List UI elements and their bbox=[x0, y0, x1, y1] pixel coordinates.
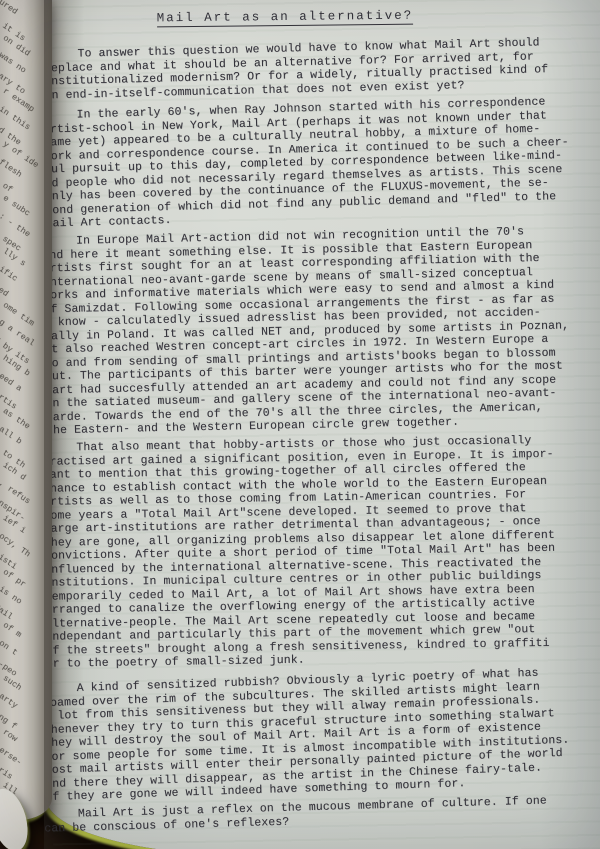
facing-page-text-fragment: on t bbox=[0, 639, 19, 658]
page-content: Mail Art as an alternative? To answer th… bbox=[44, 10, 596, 833]
facing-page-text-fragment: of m bbox=[1, 621, 23, 640]
scanned-page-photo: Mail Art as an alternative? To answer th… bbox=[0, 0, 600, 849]
facing-page-text-fragment: flesh bbox=[0, 158, 23, 180]
facing-page-text-fragment: such bbox=[1, 674, 23, 693]
facing-page-text-fragment: t of bbox=[0, 176, 14, 195]
page-title: Mail Art as an alternative? bbox=[44, 7, 526, 26]
facing-page-text-fragment: erse- bbox=[0, 746, 23, 768]
facing-page-text-fragment: ured bbox=[0, 0, 19, 17]
paragraph: That also meant that hobby-artists or th… bbox=[42, 433, 598, 671]
facing-page-text-fragment: arty bbox=[0, 692, 19, 711]
paragraph: In the early 60's, when Ray Johnson star… bbox=[42, 94, 597, 231]
paragraph: In Europe Mail Art-action did not win re… bbox=[42, 223, 598, 437]
facing-page-text-fragment: ted bbox=[0, 283, 10, 299]
facing-page-text-fragment: Mail bbox=[0, 603, 14, 622]
facing-page-text-fragment: row bbox=[1, 728, 19, 744]
page-body: To answer this question we would have to… bbox=[44, 41, 596, 827]
facing-page-text-fragment: eed a bbox=[0, 372, 23, 394]
paragraph: To answer this question we would have to… bbox=[43, 35, 596, 102]
facing-page-text-fragment: ific bbox=[0, 265, 19, 284]
facing-page-text-fragment: all b bbox=[0, 425, 23, 447]
facing-page-edge: urede it ison didwas nosary tor exampin … bbox=[0, 0, 52, 820]
paragraph: A kind of sensitized rubbish? Obviously … bbox=[43, 664, 598, 804]
facing-page-text-fragment: oris bbox=[0, 763, 14, 782]
